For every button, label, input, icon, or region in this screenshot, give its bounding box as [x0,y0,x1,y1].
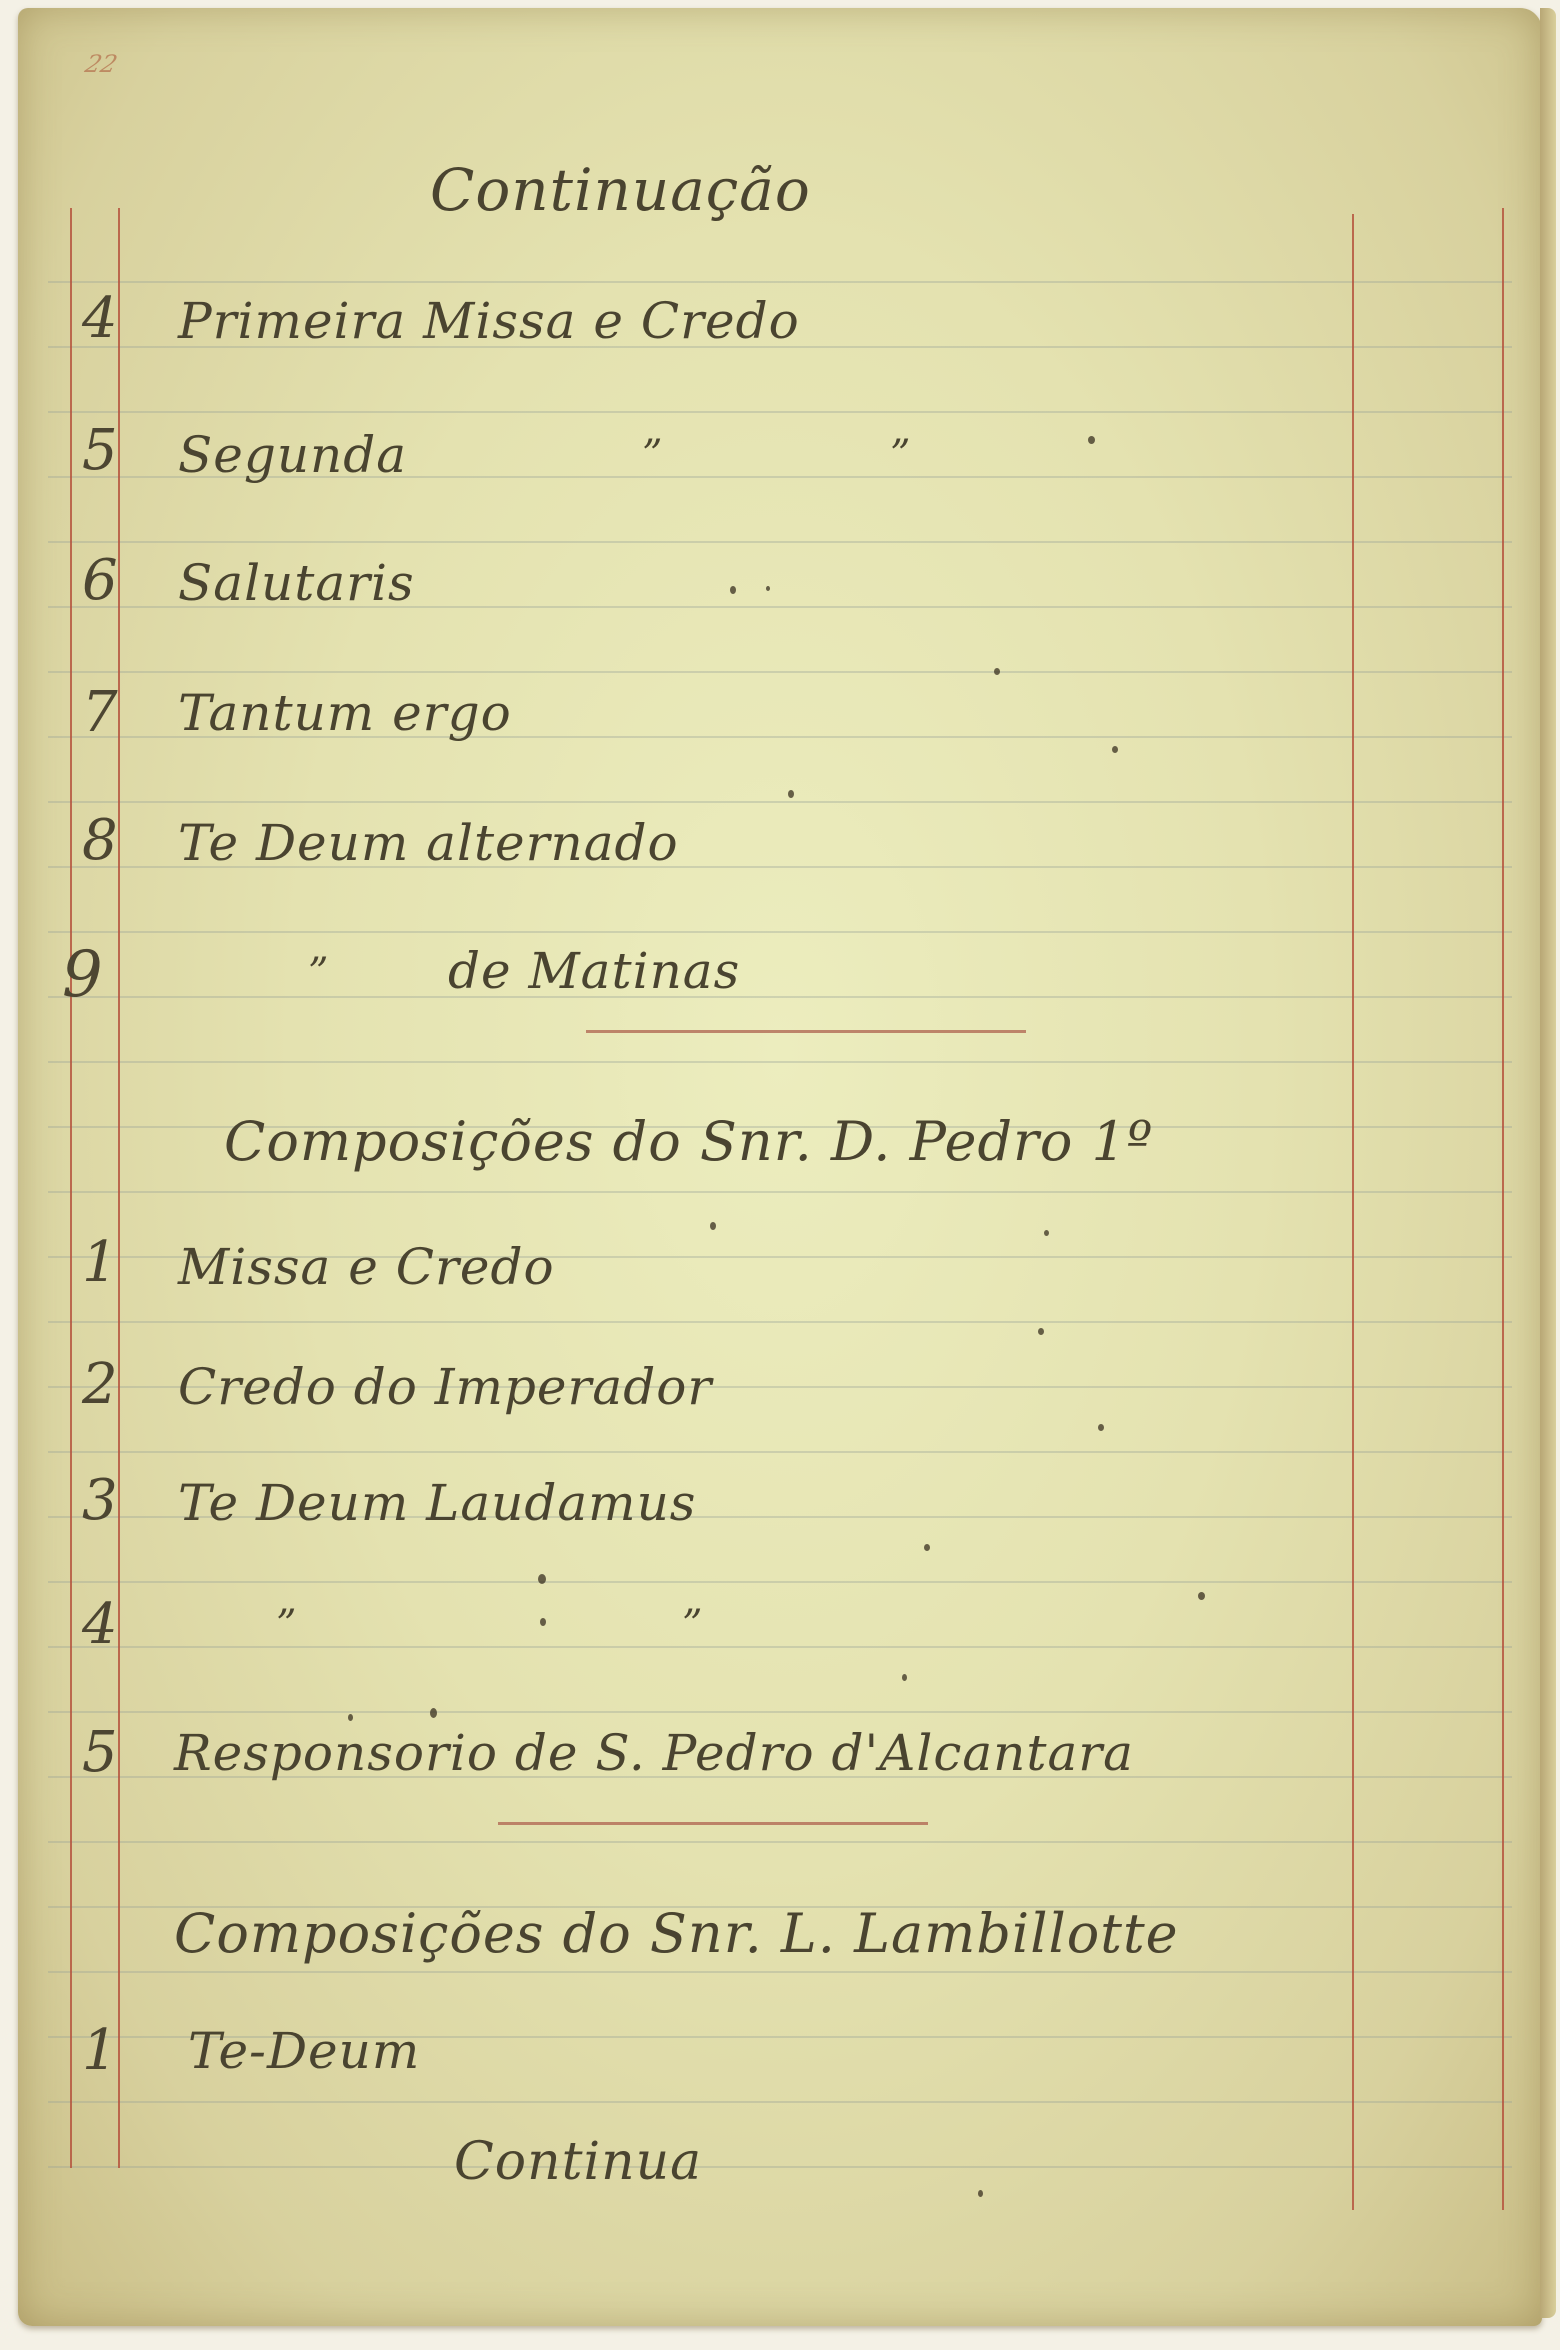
ditto-mark: ” [682,1602,703,1648]
ditto-mark: ” [308,950,329,996]
item-title: de Matinas [448,942,740,1000]
section-divider [586,1030,1026,1033]
item-title: Credo do Imperador [178,1358,712,1416]
ditto-mark: ” [276,1602,297,1648]
item-number: 2 [82,1352,119,1417]
right-outer-margin-line [1502,208,1504,2210]
item-title: Te-Deum [188,2022,420,2080]
item-number: 8 [82,808,119,873]
item-title: Tantum ergo [178,684,512,742]
manuscript-page: 22 Continuação 4 Primeira Missa e Credo … [18,8,1542,2326]
ink-spot [1198,1592,1205,1600]
item-number: 7 [82,680,119,745]
ink-spot [978,2190,983,2197]
item-number: 5 [82,418,119,483]
ruled-lines [48,218,1512,2186]
right-inner-margin-line [1352,214,1354,2210]
ink-spot [1112,746,1118,753]
item-title: Responsorio de S. Pedro d'Alcantara [174,1724,1134,1782]
ditto-mark: ” [642,432,663,478]
ink-spot [788,790,794,798]
ink-spot [924,1544,930,1551]
item-title: Te Deum alternado [178,814,679,872]
item-title: Missa e Credo [178,1238,555,1296]
ink-spot [1044,1230,1049,1236]
ink-spot [902,1674,907,1681]
ink-spot [730,586,736,594]
item-number: 3 [82,1468,119,1533]
section-heading: Composições do Snr. L. Lambillotte [174,1902,1179,1965]
ink-spot [538,1574,546,1584]
item-number: 4 [82,286,119,351]
item-number: 6 [82,548,119,613]
ink-spot [348,1714,353,1721]
ditto-mark: ” [890,432,911,478]
ink-spot [430,1708,437,1718]
ink-spot [710,1222,716,1230]
left-inner-margin-line [118,208,120,2168]
item-title: Primeira Missa e Credo [178,292,800,350]
ink-spot [540,1618,546,1626]
item-number: 1 [82,1230,119,1295]
ink-spot [1088,436,1095,444]
section-divider [498,1822,928,1825]
footer-continua: Continua [454,2132,702,2192]
header-continuacao: Continuação [430,156,811,224]
item-number: 9 [62,938,104,1012]
item-title: Te Deum Laudamus [178,1474,696,1532]
ink-spot [1098,1424,1104,1431]
ink-spot [766,586,770,591]
ink-spot [1038,1328,1044,1335]
left-outer-margin-line [70,208,72,2168]
section-heading: Composições do Snr. D. Pedro 1º [224,1110,1153,1173]
page-number: 22 [82,50,120,78]
ink-spot [994,668,1000,675]
item-title: Salutaris [178,554,415,612]
item-title: Segunda [178,426,407,484]
item-number: 1 [82,2018,119,2083]
item-number: 5 [82,1720,119,1785]
item-number: 4 [82,1592,119,1657]
